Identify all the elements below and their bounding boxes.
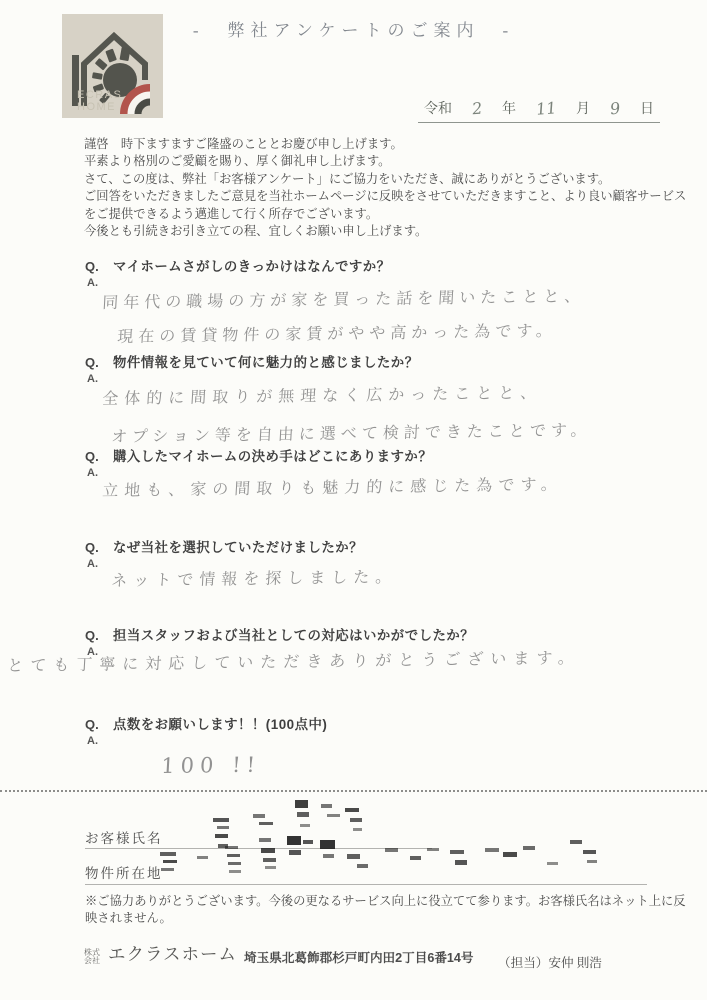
logo-wordmark-line1: ECRAS: [77, 89, 122, 101]
staff-name: （担当）安仲 則浩: [498, 952, 602, 971]
property-location-label: 物件所在地: [85, 862, 163, 882]
qa-section-4: Q. なぜ当社を選択していただけましたか？ A. ネットで情報を探しました。: [0, 537, 707, 570]
qa-section-3: Q. 購入したマイホームの決め手はどこにありますか？ A. 立地も、家の間取りも…: [0, 446, 707, 479]
qa-section-1: Q. マイホームさがしのきっかけはなんですか？ A. 同年代の職場の方が家を買っ…: [0, 256, 707, 289]
question-label: Q.: [85, 717, 113, 732]
answer-label: A.: [87, 735, 707, 747]
question-text: 物件情報を見ていて何に魅力的と感じましたか？: [113, 352, 419, 371]
date-day-label: 日: [640, 98, 654, 118]
customer-name-label: お客様氏名: [85, 827, 163, 847]
question-text: 点数をお願いします！！(100点中): [113, 714, 327, 733]
question-text: 購入したマイホームの決め手はどこにありますか？: [113, 446, 432, 465]
handwritten-answer-line: 全体的に間取りが無理なく広かったことと、: [102, 380, 543, 409]
date-era-label: 令和: [424, 98, 452, 118]
question-label: Q.: [85, 259, 113, 274]
company-address: 埼玉県北葛飾郡杉戸町内田2丁目6番14号: [244, 947, 474, 966]
handwritten-score-value: 100 !!: [161, 753, 262, 778]
dotted-separator: [0, 790, 707, 792]
handwritten-answer-line: 現在の賃貸物件の家賃がやや高かった為です。: [117, 318, 558, 347]
qa-section-2: Q. 物件情報を見ていて何に魅力的と感じましたか？ A. 全体的に間取りが無理な…: [0, 352, 707, 385]
greeting-line: 今後とも引続きお引き立ての程、宜しくお願い申し上げます。: [84, 223, 694, 240]
handwritten-answer-line: ネットで情報を探しました。: [111, 564, 398, 591]
date-year-value: 2: [471, 99, 483, 119]
property-location-redaction: [155, 836, 635, 890]
greeting-line: ご回答をいただきましたご意見を当社ホームページに反映をさせていただきますこと、よ…: [84, 188, 694, 205]
date-year-label: 年: [502, 98, 516, 118]
greeting-paragraph: 謹啓 時下ますますご隆盛のこととお慶び申し上げます。 平素より格別のご愛顧を賜り…: [84, 136, 694, 240]
date-line: 令和 2 年 11 月 9 日: [418, 97, 660, 123]
greeting-line: をご提供できるよう邁進して行く所存でございます。: [84, 206, 694, 223]
question-label: Q.: [85, 628, 113, 643]
date-month-value: 11: [535, 98, 557, 119]
question-label: Q.: [85, 540, 113, 555]
question-label: Q.: [85, 355, 113, 370]
greeting-line: 謹啓 時下ますますご隆盛のこととお慶び申し上げます。: [84, 136, 694, 153]
qa-section-5: Q. 担当スタッフおよび当社としての対応はいかがでしたか？ A. とても丁寧に対…: [0, 625, 707, 658]
greeting-line: さて、この度は、弊社「お客様アンケート」にご協力をいただき、誠にありがとうござい…: [84, 171, 694, 188]
scanned-survey-document: ECRAS HOME - 弊社アンケートのご案内 - 令和 2 年 11 月 9…: [0, 0, 707, 1000]
note-text: ※ご協力ありがとうございます。今後の更なるサービス向上に役立てて参ります。お客様…: [85, 893, 693, 927]
company-prefix: 株式 会社: [84, 949, 100, 965]
date-month-label: 月: [576, 98, 590, 118]
company-name: エクラスホーム: [108, 941, 237, 966]
question-text: なぜ当社を選択していただけましたか？: [113, 537, 363, 556]
footer: 株式 会社 エクラスホーム 埼玉県北葛飾郡杉戸町内田2丁目6番14号 （担当）安…: [0, 941, 707, 981]
qa-section-6: Q. 点数をお願いします！！(100点中) A. 100 !!: [0, 714, 707, 747]
company-prefix-line2: 会社: [84, 957, 100, 965]
question-text: マイホームさがしのきっかけはなんですか？: [113, 256, 391, 275]
question-text: 担当スタッフおよび当社としての対応はいかがでしたか？: [113, 625, 474, 644]
logo-wordmark-line2: HOME: [77, 101, 116, 113]
date-day-value: 9: [609, 99, 621, 119]
question-label: Q.: [85, 449, 113, 464]
greeting-line: 平素より格別のご愛顧を賜り、厚く御礼申し上げます。: [84, 153, 694, 170]
page-title: - 弊社アンケートのご案内 -: [0, 16, 707, 41]
handwritten-answer-line: オプション等を自由に選べて検討できたことです。: [111, 417, 593, 447]
